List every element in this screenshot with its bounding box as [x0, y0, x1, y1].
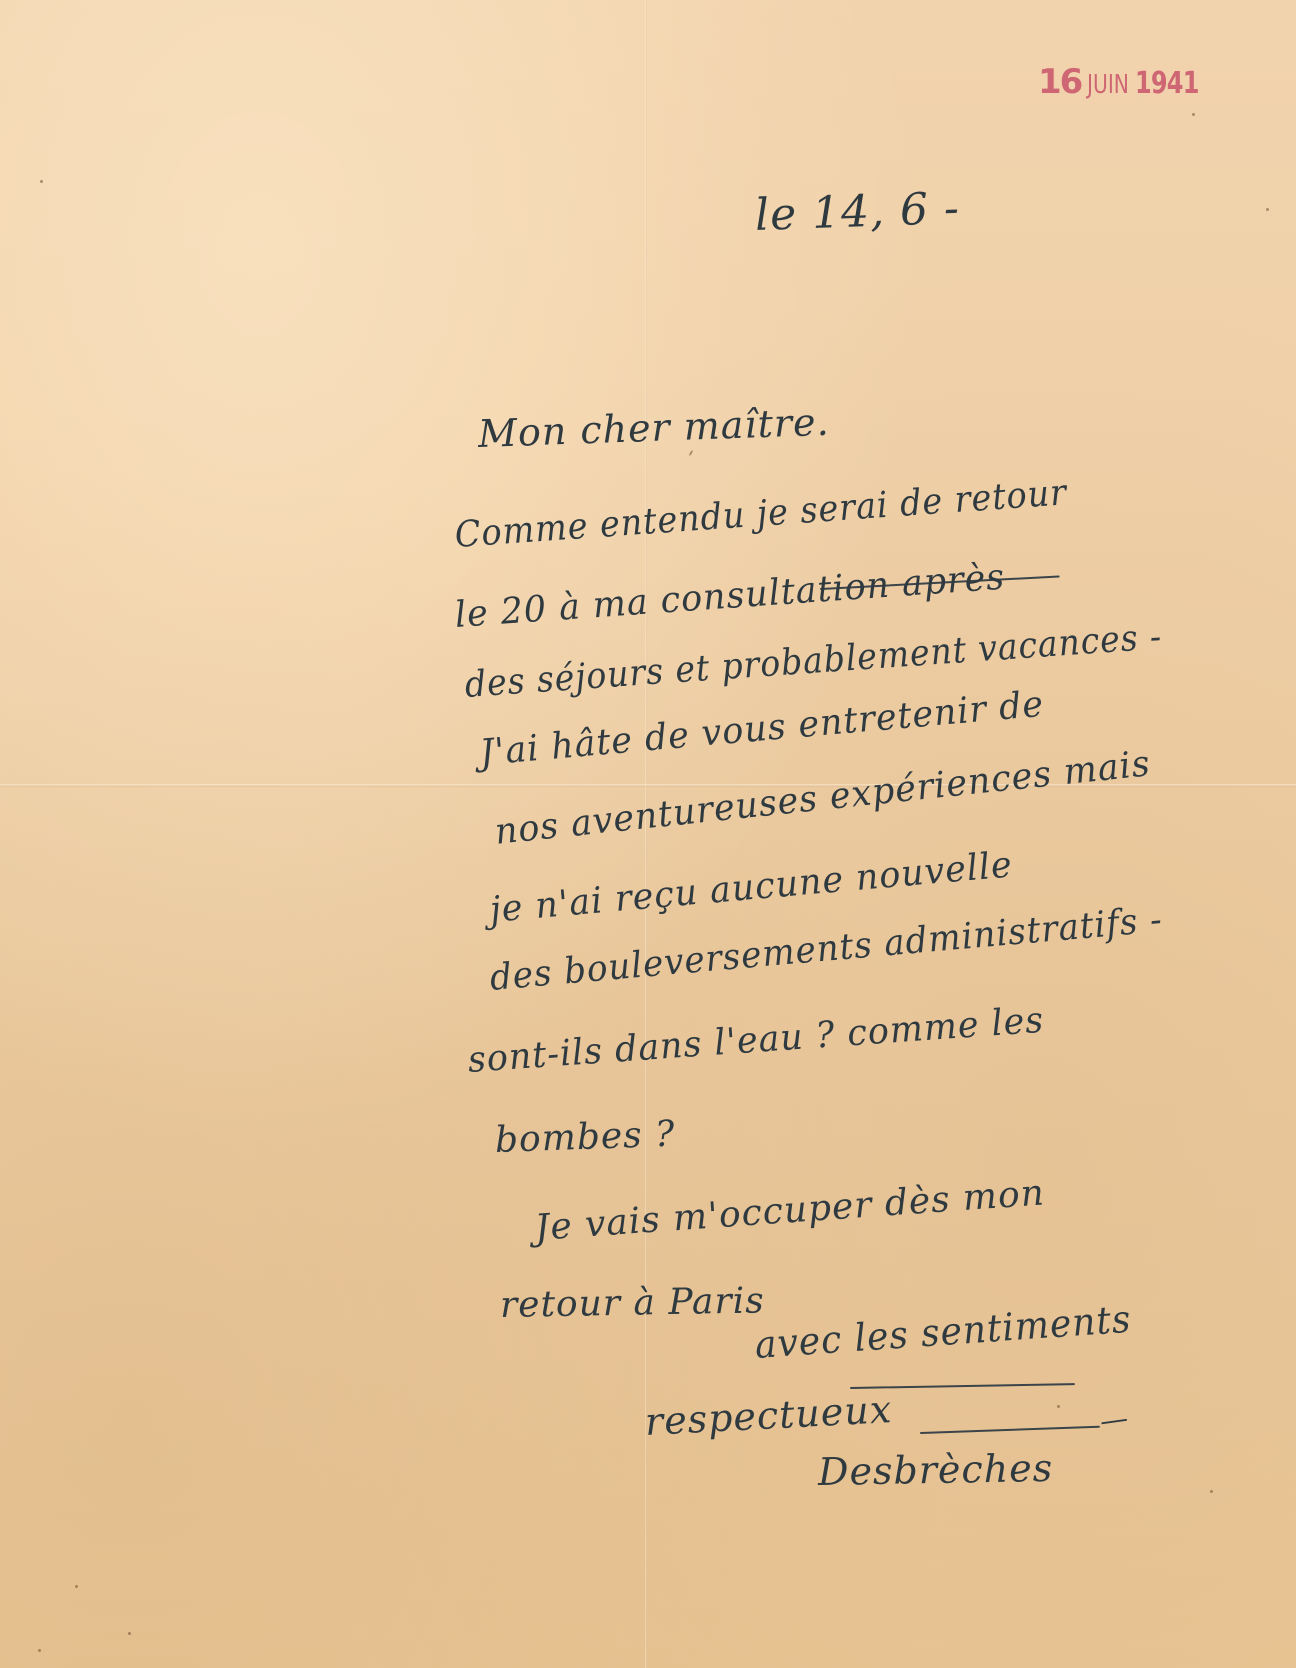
paper-speck [1266, 208, 1269, 211]
paper-speck [75, 1585, 78, 1588]
stamp-month: JUIN [1087, 70, 1129, 100]
body-line: retour à Paris [500, 1280, 765, 1326]
body-line: sont-ils dans l'eau ? comme les [467, 1000, 1046, 1081]
paper-speck [1057, 1405, 1060, 1408]
signature-dash: — [1098, 1401, 1131, 1438]
stamp-year: 1941 [1135, 66, 1199, 101]
paper-speck [1192, 113, 1195, 116]
closing-line: avec les sentiments [753, 1297, 1132, 1367]
paper-speck [128, 1632, 131, 1635]
body-line: le 20 à ma consultation après [454, 557, 1007, 636]
ink-stroke [920, 1426, 1100, 1434]
received-date-stamp: 16 JUIN 1941 [1038, 62, 1215, 102]
letter-paper: 16 JUIN 1941 le 14, 6 - Mon cher maître.… [0, 0, 1296, 1668]
letter-date: le 14, 6 - [754, 183, 961, 241]
paper-speck [38, 1649, 41, 1652]
paper-speck [40, 180, 43, 183]
salutation: Mon cher maître. [477, 400, 830, 456]
body-line: Comme entendu je serai de retour [454, 472, 1069, 556]
body-line: Je vais m'occuper dès mon [534, 1172, 1047, 1249]
closing-line: respectueux [644, 1387, 893, 1444]
stamp-day: 16 [1038, 62, 1081, 102]
body-line: bombes ? [494, 1114, 676, 1161]
signature: Desbrèches [818, 1446, 1054, 1494]
paper-speck [689, 450, 694, 456]
paper-speck [1210, 1490, 1213, 1493]
body-line: des séjours et probablement vacances - [464, 616, 1164, 706]
